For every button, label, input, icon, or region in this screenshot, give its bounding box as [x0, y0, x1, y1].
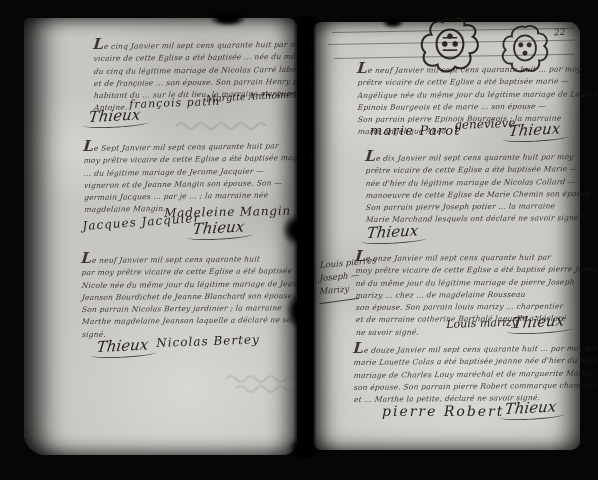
baptism-entry: Le neuf Janvier mil sept cens quarante h…	[82, 250, 303, 341]
scanned-register-photo: { "document": { "kind": "Handwritten par…	[0, 0, 598, 480]
binding-ink-blot	[282, 214, 312, 246]
signature: Louis marizy	[446, 316, 518, 331]
priest-signature: Thieux	[192, 217, 246, 238]
priest-signature: Thieux	[508, 119, 562, 140]
signature: pierre Robert	[382, 404, 504, 420]
priest-signature: Thieux	[504, 397, 558, 418]
page-edge-notch	[382, 16, 404, 28]
signature: Nicolas Bertey	[156, 332, 260, 350]
priest-signature: Thieux	[96, 335, 150, 356]
binding-ink-blot	[286, 292, 314, 330]
baptism-entry: Le douze Janvier mil sept cens quarante …	[354, 340, 577, 407]
left-page: Le cinq Janvier mil sept cens quarante h…	[24, 18, 297, 455]
folio-number: 22	[554, 28, 566, 39]
bleed-through-writing	[174, 120, 284, 132]
binding-ink-blot	[289, 438, 313, 458]
manuscript-line: moy prêtre vicaire de cette Eglise a été…	[355, 264, 574, 278]
priest-signature: Thieux	[88, 105, 142, 126]
priest-signature: Thieux	[366, 221, 420, 242]
priest-signature: Thieux	[512, 311, 566, 332]
baptism-entry: Le dix Janvier mil sept cens quarante hu…	[366, 148, 579, 227]
page-edge-notch	[210, 12, 246, 26]
right-page: 22 Louis pierres Joseph — Marizy Le neuf…	[314, 22, 580, 450]
signature: marie Parot	[370, 124, 461, 139]
signature: genevieve	[454, 116, 516, 132]
manuscript-line: prêtre vicaire de cette Eglise a été bap…	[357, 76, 570, 90]
